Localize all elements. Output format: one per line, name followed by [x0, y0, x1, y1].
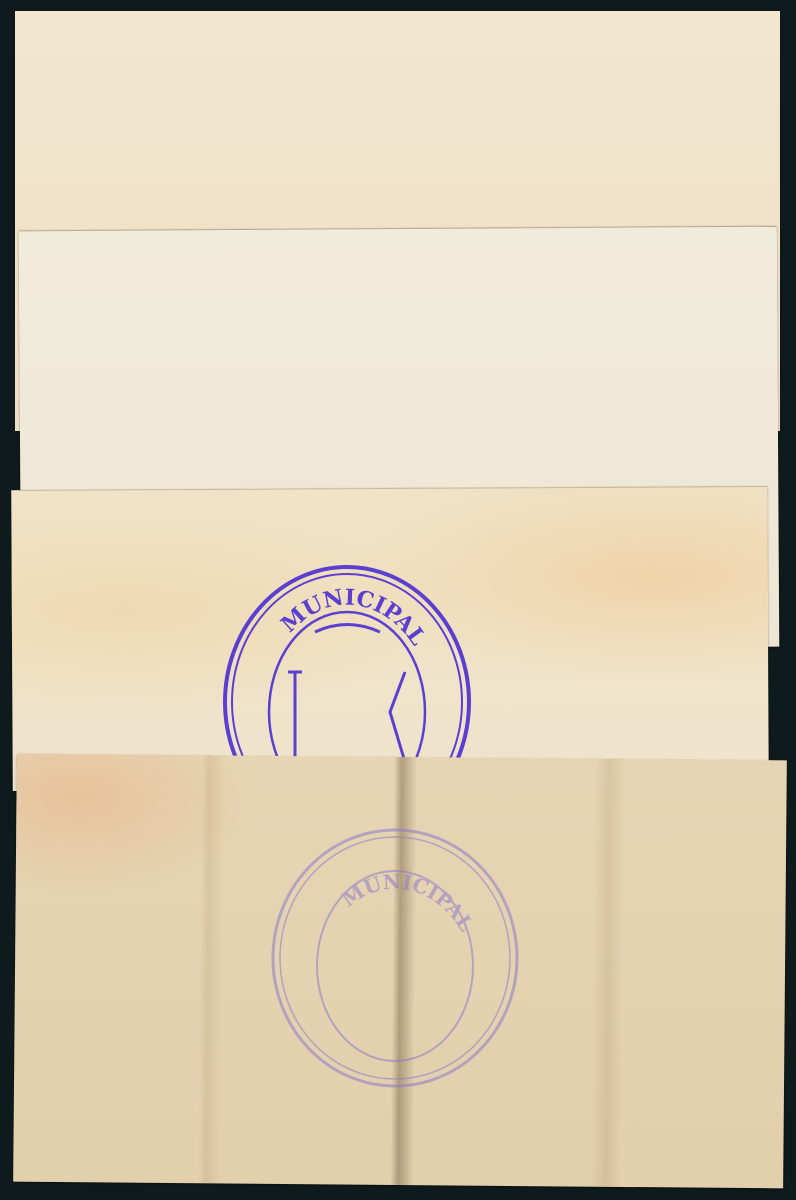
- faded-municipal-stamp-icon: MUNICIPAL: [268, 826, 523, 1091]
- svg-text:MUNICIPAL: MUNICIPAL: [337, 869, 478, 935]
